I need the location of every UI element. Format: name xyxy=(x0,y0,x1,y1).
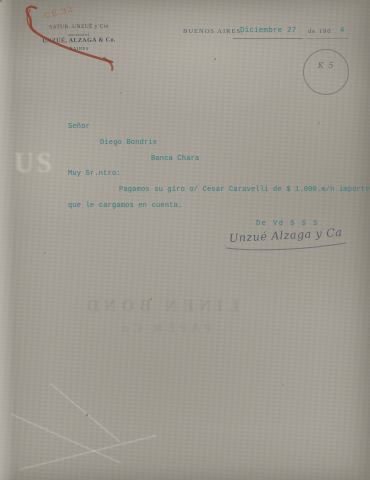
show-through-line2: PAPER Co xyxy=(118,320,212,336)
signature-flourish xyxy=(0,0,370,260)
show-through-line1: LINEN BOND xyxy=(82,296,239,316)
letter-page: US LINEN BOND PAPER Co SATUR. UNZUÉ y Cí… xyxy=(0,0,370,480)
paper-crease xyxy=(11,414,121,464)
paper-crease xyxy=(50,383,120,442)
paper-crease xyxy=(20,435,156,470)
